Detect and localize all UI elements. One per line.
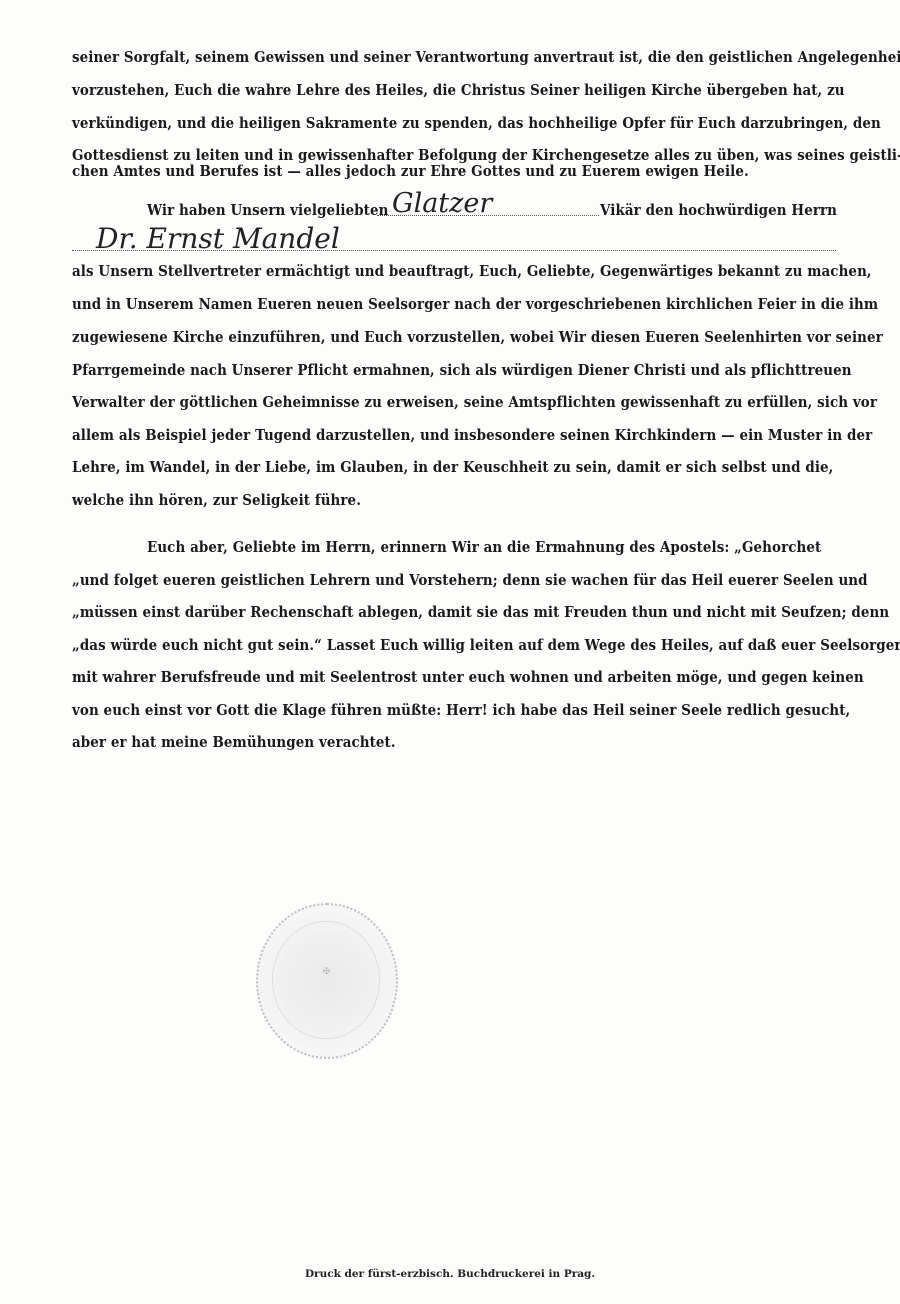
handwritten-name: Dr. Ernst Mandel: [96, 222, 340, 255]
text-line: von euch einst vor Gott die Klage führen…: [72, 701, 775, 721]
text-line: welche ihn hören, zur Seligkeit führe.: [72, 491, 775, 511]
text-line: „und folget eueren geistlichen Lehrern u…: [72, 571, 775, 591]
text-line: und in Unserem Namen Eueren neuen Seelso…: [72, 295, 775, 315]
text-line: als Unsern Stellvertreter ermächtigt und…: [72, 262, 775, 282]
text-line: verkündigen, und die heiligen Sakramente…: [72, 114, 775, 134]
text-line: zugewiesene Kirche einzuführen, und Euch…: [72, 328, 775, 348]
text-line: Verwalter der göttlichen Geheimnisse zu …: [72, 393, 775, 413]
seal-stamp: ✠: [256, 903, 398, 1059]
seal-ring: [272, 921, 380, 1039]
text-line: Lehre, im Wandel, in der Liebe, im Glaub…: [72, 458, 775, 478]
text-line: aber er hat meine Bemühungen verachtet.: [72, 733, 775, 753]
document-page: seiner Sorgfalt, seinem Gewissen und sei…: [0, 0, 900, 1304]
text-line: Pfarrgemeinde nach Unserer Pflicht ermah…: [72, 361, 775, 381]
printer-imprint: Druck der fürst-erzbisch. Buchdruckerei …: [0, 1268, 900, 1280]
text-line: allem als Beispiel jeder Tugend darzuste…: [72, 426, 775, 446]
appointment-suffix: Vikär den hochwürdigen Herrn: [600, 201, 837, 221]
text-line: vorzustehen, Euch die wahre Lehre des He…: [72, 81, 775, 101]
text-line: seiner Sorgfalt, seinem Gewissen und sei…: [72, 48, 775, 68]
text-line: „das würde euch nicht gut sein.“ Lasset …: [72, 636, 775, 656]
text-line: Euch aber, Geliebte im Herrn, erinnern W…: [147, 538, 781, 558]
text-line: mit wahrer Berufsfreude und mit Seelentr…: [72, 668, 775, 688]
text-line: chen Amtes und Berufes ist — alles jedoc…: [72, 162, 775, 182]
seal-emblem: ✠: [258, 967, 396, 977]
handwritten-place: Glatzer: [392, 188, 492, 219]
appointment-prefix: Wir haben Unsern vielgeliebten: [147, 201, 388, 221]
text-line: „müssen einst darüber Rechenschaft ableg…: [72, 603, 775, 623]
